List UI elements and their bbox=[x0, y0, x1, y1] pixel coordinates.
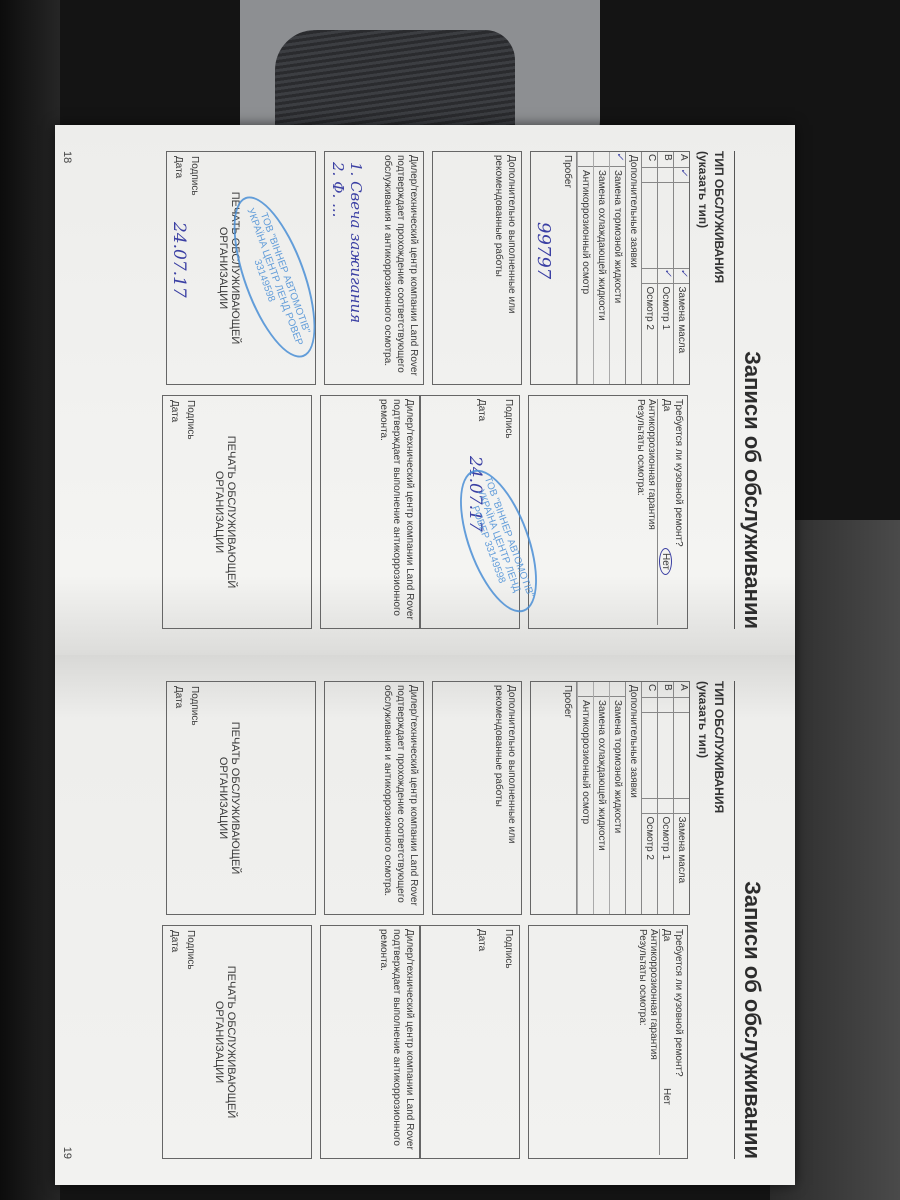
body-repair-box: Требуется ли кузовной ремонт? Да Нет Ант… bbox=[528, 395, 688, 629]
date-label: Дата bbox=[173, 156, 184, 178]
extra-coolant: Замена охлаждающей жидкости bbox=[593, 152, 609, 384]
stamp-box-service: ПЕЧАТЬ ОБСЛУЖИВАЮЩЕЙ ОРГАНИЗАЦИИ Подпись… bbox=[166, 681, 316, 915]
checkbox-inspection-2[interactable] bbox=[642, 269, 657, 284]
page-number: 19 bbox=[61, 1147, 73, 1159]
page-19: Записи об обслуживании ТИП ОБСЛУЖИВАНИЯ … bbox=[55, 655, 795, 1185]
stamp-box-service: ПЕЧАТЬ ОБСЛУЖИВАЮЩЕЙ ОРГАНИЗАЦИИ ТОВ "ВІ… bbox=[166, 151, 316, 385]
checkbox-inspection-2[interactable] bbox=[642, 799, 657, 814]
repair-sign-box: Подпись Дата bbox=[420, 925, 520, 1159]
option-yes[interactable]: Да bbox=[659, 399, 672, 411]
checkbox-b[interactable] bbox=[658, 698, 673, 713]
handwritten-works-1: 1. Свеча зажигания bbox=[347, 162, 365, 323]
service-type-subheading: (указать тип) bbox=[696, 151, 710, 385]
checkbox-brake-fluid[interactable] bbox=[610, 682, 625, 697]
dealer-confirm-service-box: Дилер/технический центр компании Land Ro… bbox=[324, 681, 424, 915]
service-type-box: A✓ ✓Замена масла B ✓Осмотр 1 C Осмотр 2 … bbox=[530, 151, 690, 385]
checkbox-c[interactable] bbox=[642, 698, 657, 713]
repair-sign-box: Подпись Дата 24.07.17 ТОВ "ВІННЕР АВТОМО… bbox=[420, 395, 520, 629]
checkbox-a[interactable] bbox=[674, 698, 689, 713]
extra-requests-title: Дополнительные заявки bbox=[625, 152, 641, 384]
body-repair-choice[interactable]: Да Нет bbox=[657, 399, 673, 625]
body-repair-section: Требуется ли кузовной ремонт? Да Нет Ант… bbox=[162, 395, 726, 629]
dealer-confirm-repair-box: Дилер/технический центр компании Land Ro… bbox=[320, 925, 420, 1159]
checkbox-anticorrosion[interactable] bbox=[578, 682, 593, 697]
mileage-value: 99797 bbox=[533, 222, 554, 279]
additional-works-box[interactable]: Дополнительно выполненные или рекомендов… bbox=[432, 151, 522, 385]
checkbox-inspection-1[interactable]: ✓ bbox=[658, 269, 673, 284]
page-number: 18 bbox=[61, 151, 73, 163]
dealer-confirm-repair-box: Дилер/технический центр компании Land Ro… bbox=[320, 395, 420, 629]
checkbox-b[interactable] bbox=[658, 168, 673, 183]
service-type-box: AЗамена масла BОсмотр 1 CОсмотр 2 Дополн… bbox=[530, 681, 690, 915]
body-repair-choice[interactable]: Да Нет bbox=[659, 929, 673, 1155]
checkbox-coolant[interactable] bbox=[594, 682, 609, 697]
extra-brake-fluid: ✓Замена тормозной жидкости bbox=[609, 152, 625, 384]
dealer-confirm-service-box: Дилер/технический центр компании Land Ro… bbox=[324, 151, 424, 385]
page-18: Записи об обслуживании ТИП ОБСЛУЖИВАНИЯ … bbox=[55, 125, 795, 655]
checkbox-coolant[interactable] bbox=[594, 152, 609, 167]
body-repair-box: Требуется ли кузовной ремонт? Да Нет Ант… bbox=[528, 925, 688, 1159]
page-title: Записи об обслуживании bbox=[734, 681, 765, 1159]
service-type-heading: ТИП ОБСЛУЖИВАНИЯ bbox=[712, 151, 726, 385]
additional-works-box[interactable]: Дополнительно выполненные или рекомендов… bbox=[432, 681, 522, 915]
service-type-section: ТИП ОБСЛУЖИВАНИЯ (указать тип) A✓ ✓Замен… bbox=[162, 151, 726, 385]
signature-label: Подпись bbox=[189, 156, 200, 196]
checkbox-inspection-1[interactable] bbox=[658, 799, 673, 814]
checkbox-brake-fluid[interactable]: ✓ bbox=[610, 152, 625, 167]
checkbox-oil-change[interactable] bbox=[674, 799, 689, 814]
option-no[interactable]: Нет bbox=[661, 1088, 672, 1105]
service-booklet: Записи об обслуживании ТИП ОБСЛУЖИВАНИЯ … bbox=[55, 125, 795, 1185]
service-row-c: C Осмотр 2 bbox=[641, 152, 657, 384]
checkbox-c[interactable] bbox=[642, 168, 657, 183]
handwritten-works-2: 2. Ф. ... bbox=[329, 162, 347, 217]
date-value-service: 24.07.17 bbox=[169, 222, 189, 298]
service-type-section: ТИП ОБСЛУЖИВАНИЯ (указать тип) AЗамена м… bbox=[162, 681, 726, 915]
checkbox-anticorrosion[interactable] bbox=[578, 152, 593, 167]
stamp-box-repair: ПЕЧАТЬ ОБСЛУЖИВАЮЩЕЙ ОРГАНИЗАЦИИ Подпись… bbox=[162, 925, 312, 1159]
option-no-selected[interactable]: Нет bbox=[659, 548, 672, 575]
car-seat-left bbox=[0, 0, 60, 1200]
option-yes[interactable]: Да bbox=[661, 929, 672, 941]
stamp-box-repair: ПЕЧАТЬ ОБСЛУЖИВАЮЩЕЙ ОРГАНИЗАЦИИ Подпись… bbox=[162, 395, 312, 629]
service-row-b: B ✓Осмотр 1 bbox=[657, 152, 673, 384]
body-repair-section: Требуется ли кузовной ремонт? Да Нет Ант… bbox=[162, 925, 726, 1159]
checkbox-a[interactable]: ✓ bbox=[674, 168, 689, 183]
service-row-a: A✓ ✓Замена масла bbox=[673, 152, 689, 384]
page-title: Записи об обслуживании bbox=[734, 151, 765, 629]
checkbox-oil-change[interactable]: ✓ bbox=[674, 269, 689, 284]
mileage-field[interactable]: Пробег 99797 bbox=[548, 152, 577, 384]
mileage-field[interactable]: Пробег bbox=[548, 682, 577, 914]
extra-anticorrosion: Антикоррозионный осмотр bbox=[577, 152, 593, 384]
